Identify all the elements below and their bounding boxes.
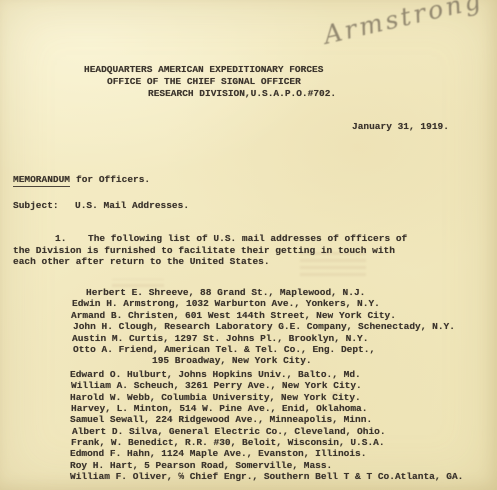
address-line: Otto A. Friend, American Tel. & Tel. Co.… (73, 344, 375, 355)
paragraph-line: The following list of U.S. mail addresse… (88, 233, 407, 244)
subject-value: U.S. Mail Addresses. (75, 200, 189, 211)
paragraph-line: each other after return to the United St… (13, 256, 270, 267)
bleed-through-mark (112, 279, 164, 287)
header-line-1: HEADQUARTERS AMERICAN EXPEDITIONARY FORC… (84, 64, 323, 75)
address-line: Armand B. Christen, 601 West 144th Stree… (71, 310, 396, 321)
address-line: William F. Oliver, ℅ Chief Engr., Southe… (70, 471, 463, 482)
address-line: Albert D. Silva, General Electric Co., C… (72, 426, 386, 437)
address-line: Austin M. Curtis, 1297 St. Johns Pl., Br… (72, 333, 368, 344)
address-line: Roy H. Hart, 5 Pearson Road, Somerville,… (70, 460, 332, 471)
address-line: Edmond F. Hahn, 1124 Maple Ave., Evansto… (70, 448, 366, 459)
address-line: Herbert E. Shreeve, 88 Grand St., Maplew… (86, 287, 365, 298)
address-line: John H. Clough, Research Laboratory G.E.… (73, 321, 455, 332)
address-line: Edwin H. Armstrong, 1032 Warburton Ave.,… (72, 298, 380, 309)
address-line: Samuel Sewall, 224 Ridgewood Ave., Minne… (70, 414, 372, 425)
document-page: Armstrong HEADQUARTERS AMERICAN EXPEDITI… (0, 0, 497, 490)
address-line: Edward O. Hulburt, Johns Hopkins Univ., … (70, 369, 361, 380)
header-line-2: OFFICE OF THE CHIEF SIGNAL OFFICER (107, 76, 301, 87)
address-line: Harvey, L. Minton, 514 W. Pine Ave., Eni… (71, 403, 367, 414)
paragraph-line: the Division is furnished to facilitate … (13, 245, 395, 256)
paragraph-number: 1. (55, 233, 66, 244)
subject-label: Subject: (13, 200, 59, 211)
address-line: Harold W. Webb, Columbia University, New… (70, 392, 361, 403)
date-line: January 31, 1919. (352, 121, 449, 132)
memorandum-rest: for Officers. (76, 174, 150, 185)
memorandum-title: MEMORANDUM (13, 174, 70, 187)
address-line: William A. Scheuch, 3261 Perry Ave., New… (71, 380, 362, 391)
address-line: Frank, W. Benedict, R.R. #30, Beloit, Wi… (71, 437, 385, 448)
memorandum-line: MEMORANDUMfor Officers. (13, 174, 150, 185)
header-line-3: RESEARCH DIVISION,U.S.A.P.O.#702. (148, 88, 336, 99)
address-continuation-line: 195 Broadway, New York City. (152, 355, 312, 366)
handwritten-signature: Armstrong (321, 0, 493, 50)
